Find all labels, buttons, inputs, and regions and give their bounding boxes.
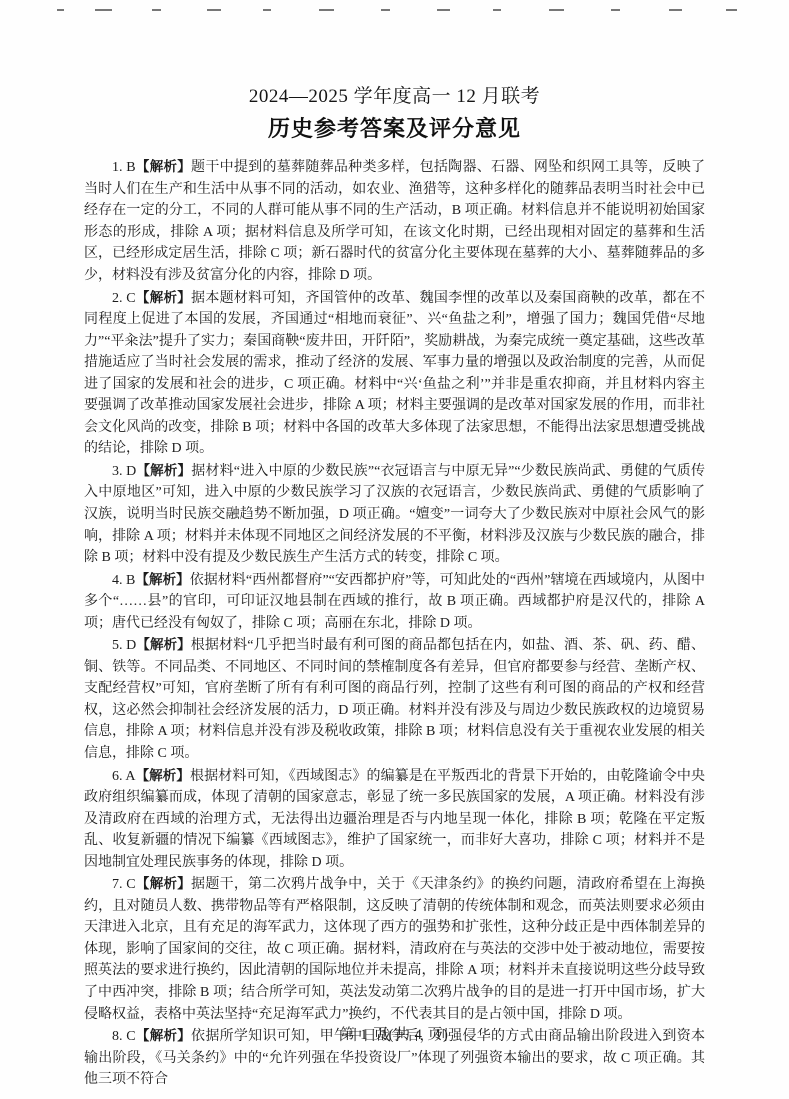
answer-item-7: 7. C【解析】据题干，第二次鸦片战争中，关于《天津条约》的换约问题，清政府希望… (84, 873, 705, 1025)
answer-number: 5. D (112, 638, 136, 653)
answer-item-1: 1. B【解析】题干中提到的墓葬随葬品种类多样，包括陶器、石器、网坠和织网工具等… (84, 156, 705, 286)
document-page: 2024—2025 学年度高一 12 月联考 历史参考答案及评分意见 1. B【… (0, 0, 789, 1099)
analysis-label: 【解析】 (136, 876, 191, 891)
answer-item-2: 2. C【解析】据本题材料可知，齐国管仲的改革、魏国李悝的改革以及秦国商鞅的改革… (84, 287, 705, 460)
analysis-label: 【解析】 (136, 159, 191, 174)
analysis-label: 【解析】 (135, 572, 189, 587)
answer-number: 6. A (112, 769, 135, 784)
analysis-label: 【解析】 (135, 768, 190, 783)
answer-number: 7. C (112, 877, 136, 892)
answer-text: 据题干，第二次鸦片战争中，关于《天津条约》的换约问题，清政府希望在上海换约，且对… (84, 877, 705, 1021)
answer-text: 据材料“进入中原的少数民族”“衣冠语言与中原无异”“少数民族尚武、勇健的气质传入… (84, 464, 705, 565)
answer-item-5: 5. D【解析】根据材料“几乎把当时最有利可图的商品都包括在内，如盐、酒、茶、矾… (84, 634, 705, 764)
page-title: 历史参考答案及评分意见 (84, 115, 705, 144)
answer-number: 3. D (112, 464, 136, 479)
answer-number: 4. B (112, 573, 135, 588)
answer-key-body: 1. B【解析】题干中提到的墓葬随葬品种类多样，包括陶器、石器、网坠和织网工具等… (84, 156, 705, 1091)
answer-text: 题干中提到的墓葬随葬品种类多样，包括陶器、石器、网坠和织网工具等，反映了当时人们… (84, 160, 705, 283)
answer-item-4: 4. B【解析】依据材料“西州都督府”“安西都护府”等，可知此处的“西州”辖境在… (84, 569, 705, 635)
analysis-label: 【解析】 (136, 463, 191, 478)
answer-text: 根据材料“几乎把当时最有利可图的商品都包括在内，如盐、酒、茶、矾、药、醋、铜、铁… (84, 638, 705, 761)
answer-text: 根据材料可知，《西域图志》的编纂是在平叛西北的背景下开始的，由乾隆谕令中央政府组… (84, 769, 705, 870)
answer-text: 据本题材料可知，齐国管仲的改革、魏国李悝的改革以及秦国商鞅的改革，都在不同程度上… (84, 291, 705, 457)
page-content: 2024—2025 学年度高一 12 月联考 历史参考答案及评分意见 1. B【… (84, 0, 705, 1091)
page-number: 第 1 页(共 4 页) (0, 1023, 789, 1044)
exam-title: 2024—2025 学年度高一 12 月联考 (84, 84, 705, 110)
analysis-label: 【解析】 (136, 637, 191, 652)
answer-number: 2. C (112, 291, 136, 306)
scan-artifact-marks (0, 9, 789, 15)
answer-item-3: 3. D【解析】据材料“进入中原的少数民族”“衣冠语言与中原无异”“少数民族尚武… (84, 460, 705, 569)
analysis-label: 【解析】 (136, 290, 191, 305)
answer-number: 1. B (112, 160, 136, 175)
answer-item-6: 6. A【解析】根据材料可知，《西域图志》的编纂是在平叛西北的背景下开始的，由乾… (84, 765, 705, 874)
